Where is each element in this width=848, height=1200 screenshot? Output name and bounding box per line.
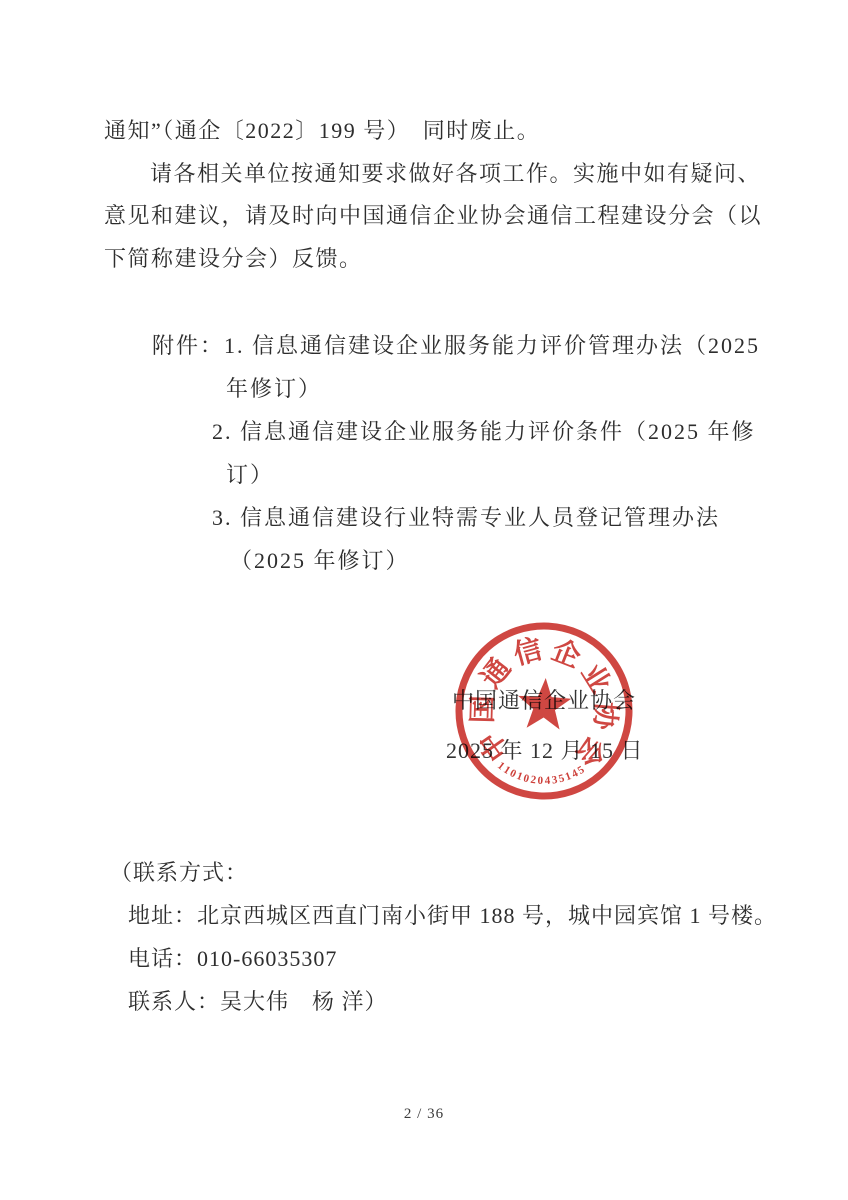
svg-text:0: 0	[508, 767, 519, 780]
attachment-line: 订）	[104, 453, 784, 496]
contact-line: 电话：010-66035307	[104, 937, 784, 980]
paragraph-line: 意见和建议，请及时向中国通信企业协会通信工程建设分会（以	[104, 195, 774, 238]
attachment-line: 年修订）	[104, 367, 784, 410]
svg-text:企: 企	[547, 633, 585, 674]
svg-text:1: 1	[564, 770, 573, 783]
attachment-line: 附件：1. 信息通信建设企业服务能力评价管理办法（2025	[104, 324, 784, 367]
svg-text:5: 5	[576, 764, 587, 777]
svg-text:3: 3	[551, 774, 559, 787]
svg-text:4: 4	[570, 767, 581, 780]
paragraph-line: 通知”（通企〔2022〕199 号） 同时废止。	[104, 110, 774, 153]
contact-line: 地址：北京西城区西直门南小街甲 188 号，城中园宾馆 1 号楼。	[104, 894, 784, 937]
contact-line: 联系人：吴大伟 杨 洋）	[104, 980, 784, 1023]
attachment-line: （2025 年修订）	[104, 539, 784, 582]
svg-text:5: 5	[557, 772, 566, 785]
document-page: 通知”（通企〔2022〕199 号） 同时废止。 请各相关单位按通知要求做好各项…	[0, 0, 848, 1200]
signature-date: 2025 年 12 月 15 日	[446, 734, 644, 765]
attachments-list: 附件：1. 信息通信建设企业服务能力评价管理办法（2025 年修订） 2. 信息…	[104, 324, 784, 582]
paragraph-line: 下简称建设分会）反馈。	[104, 238, 774, 281]
svg-text:0: 0	[522, 772, 531, 785]
attachment-line: 2. 信息通信建设企业服务能力评价条件（2025 年修	[104, 410, 784, 453]
paragraph-line: 请各相关单位按通知要求做好各项工作。实施中如有疑问、	[104, 153, 774, 196]
svg-text:信: 信	[510, 632, 546, 671]
svg-text:4: 4	[544, 775, 551, 787]
attachment-line: 3. 信息通信建设行业特需专业人员登记管理办法	[104, 496, 784, 539]
svg-text:1: 1	[501, 764, 512, 777]
closing-paragraphs: 通知”（通企〔2022〕199 号） 同时废止。 请各相关单位按通知要求做好各项…	[104, 110, 774, 280]
svg-text:1: 1	[515, 770, 524, 783]
organization-name: 中国通信企业协会	[452, 684, 636, 715]
svg-text:2: 2	[530, 774, 538, 787]
svg-text:0: 0	[537, 775, 544, 787]
contact-info: （联系方式： 地址：北京西城区西直门南小街甲 188 号，城中园宾馆 1 号楼。…	[104, 851, 784, 1023]
contact-line: （联系方式：	[104, 851, 784, 894]
page-number: 2 / 36	[0, 1106, 848, 1123]
